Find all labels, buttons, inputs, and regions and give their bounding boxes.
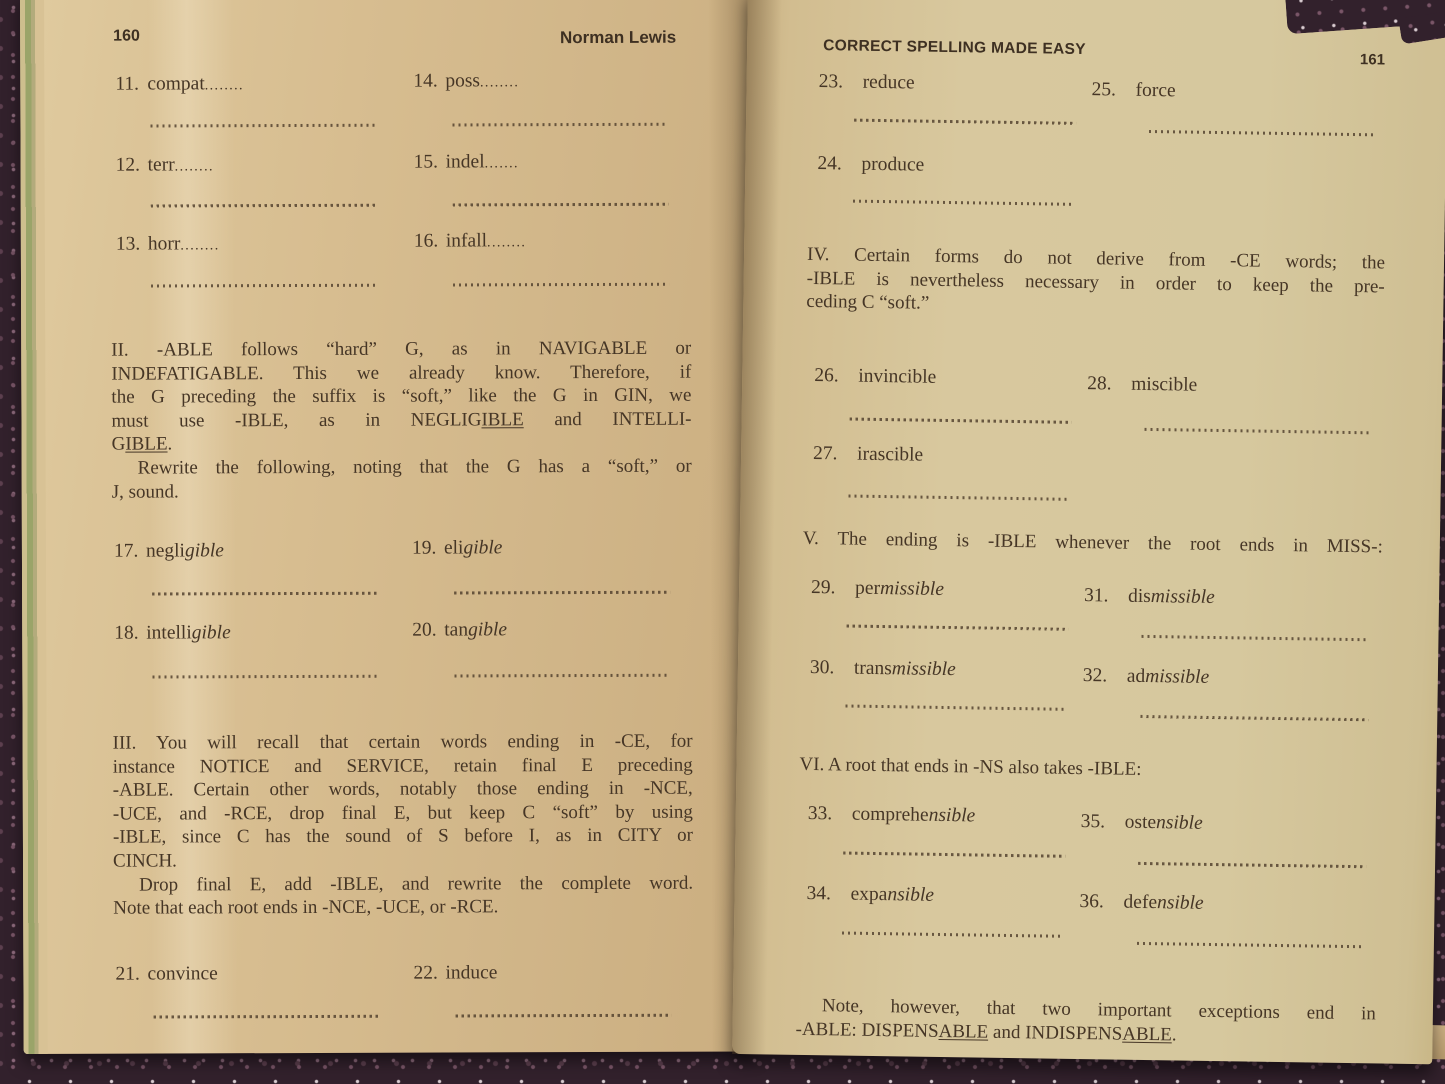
- answer-line: [453, 283, 669, 287]
- item-word: terr........: [148, 154, 214, 175]
- answer-line: [1149, 130, 1377, 136]
- answer-line: [150, 124, 376, 128]
- item-word: indel.......: [446, 151, 519, 172]
- item-number: 13.: [116, 234, 148, 256]
- item-word: intelligible: [146, 622, 231, 643]
- item-number: 27.: [813, 443, 857, 466]
- section-iv-text: IV. Certain forms do not derive from -CE…: [806, 243, 1385, 322]
- exercise-item-27: 27.irascible: [813, 443, 923, 467]
- item-number: 17.: [114, 541, 146, 563]
- exercise-item-19: 19.eligible: [412, 537, 503, 559]
- item-number: 28.: [1087, 373, 1131, 396]
- exercise-item-26: 26.invincible: [814, 365, 936, 389]
- exercise-item-35: 35.ostensible: [1081, 811, 1203, 835]
- answer-line: [1141, 635, 1369, 641]
- item-number: 21.: [115, 964, 147, 986]
- answer-line: [845, 705, 1067, 711]
- item-number: 14.: [413, 71, 445, 93]
- item-number: 23.: [818, 71, 862, 94]
- item-word: defensible: [1123, 892, 1203, 914]
- item-word: eligible: [444, 537, 503, 558]
- answer-line: [151, 284, 377, 288]
- exercise-item-15: 15.indel.......: [414, 151, 519, 173]
- exercise-item-33: 33.comprehensible: [808, 803, 976, 827]
- item-word: admissible: [1127, 666, 1210, 688]
- item-number: 36.: [1079, 891, 1123, 914]
- answer-line: [1140, 715, 1368, 721]
- item-number: 12.: [116, 155, 148, 177]
- answer-line: [152, 675, 378, 679]
- answer-line: [454, 591, 670, 595]
- item-word: miscible: [1131, 374, 1197, 396]
- item-number: 32.: [1083, 665, 1127, 688]
- item-number: 25.: [1091, 79, 1135, 102]
- answer-line: [850, 418, 1072, 424]
- exercise-item-25: 25.force: [1091, 79, 1175, 102]
- item-number: 22.: [413, 963, 445, 985]
- item-number: 35.: [1081, 811, 1125, 834]
- item-number: 11.: [115, 74, 147, 96]
- item-word: permissible: [855, 578, 944, 600]
- item-word: comprehensible: [852, 804, 976, 827]
- running-head-title: CORRECT SPELLING MADE EASY: [823, 37, 1086, 59]
- exercise-item-20: 20.tangible: [412, 619, 507, 641]
- exercise-item-14: 14.poss........: [413, 70, 519, 92]
- note-text: Note, however, that two important except…: [795, 994, 1376, 1050]
- exercise-item-17: 17.negligible: [114, 540, 224, 562]
- item-word: expansible: [850, 884, 934, 906]
- answer-line: [842, 931, 1064, 937]
- item-word: force: [1135, 80, 1175, 102]
- exercise-item-29: 29.permissible: [811, 577, 944, 601]
- page-number-left: 160: [113, 28, 140, 46]
- answer-line: [152, 592, 378, 596]
- running-head-author: Norman Lewis: [560, 28, 676, 48]
- answer-line: [1145, 428, 1373, 434]
- page-number-right: 161: [1360, 51, 1385, 68]
- section-iii-text: III. You will recall that certain words …: [113, 730, 694, 921]
- item-number: 20.: [412, 620, 444, 642]
- item-word: horr........: [148, 233, 220, 254]
- item-number: 31.: [1084, 585, 1128, 608]
- carpet-background: 160 Norman Lewis 11.compat........ 14.po…: [0, 0, 1445, 1084]
- item-number: 33.: [808, 803, 852, 826]
- answer-line: [1137, 942, 1365, 948]
- answer-line: [843, 852, 1065, 858]
- answer-line: [151, 204, 377, 208]
- book-left-page: 160 Norman Lewis 11.compat........ 14.po…: [20, 0, 754, 1054]
- item-number: 30.: [810, 657, 854, 680]
- section-v-heading: V. The ending is -IBLE whenever the root…: [803, 528, 1383, 559]
- item-word: irascible: [857, 444, 923, 466]
- item-number: 26.: [814, 365, 858, 388]
- exercise-item-11: 11.compat........: [115, 73, 244, 95]
- answer-line: [854, 119, 1076, 125]
- exercise-item-30: 30.transmissible: [810, 657, 956, 681]
- item-number: 34.: [806, 883, 850, 906]
- item-word: convince: [147, 963, 217, 984]
- exercise-item-16: 16.infall........: [414, 230, 526, 252]
- item-word: tangible: [444, 619, 507, 640]
- item-word: produce: [861, 154, 924, 176]
- exercise-item-13: 13.horr........: [116, 233, 220, 255]
- answer-line: [853, 200, 1075, 206]
- item-number: 15.: [414, 152, 446, 174]
- item-word: negligible: [146, 540, 224, 561]
- item-word: reduce: [862, 72, 914, 94]
- item-number: 19.: [412, 538, 444, 560]
- answer-line: [454, 674, 670, 678]
- item-word: induce: [445, 962, 497, 983]
- item-word: transmissible: [854, 658, 956, 681]
- exercise-item-24: 24.produce: [817, 153, 924, 177]
- item-word: ostensible: [1125, 812, 1203, 834]
- answer-line: [452, 123, 668, 127]
- section-vi-heading: VI. A root that ends in -NS also takes -…: [799, 754, 1141, 781]
- answer-line: [1138, 862, 1366, 868]
- item-word: invincible: [858, 366, 936, 388]
- exercise-item-23: 23.reduce: [818, 71, 914, 94]
- answer-line: [847, 625, 1069, 631]
- answer-line: [848, 495, 1070, 501]
- exercise-item-21: 21.convince: [115, 963, 217, 985]
- exercise-item-22: 22.induce: [413, 962, 497, 984]
- exercise-item-36: 36.defensible: [1079, 891, 1203, 915]
- exercise-item-32: 32.admissible: [1083, 665, 1210, 689]
- answer-line: [154, 1015, 380, 1019]
- exercise-item-18: 18.intelligible: [114, 622, 231, 644]
- book-right-page: CORRECT SPELLING MADE EASY 161 23.reduce…: [732, 0, 1445, 1064]
- exercise-item-31: 31.dismissible: [1084, 585, 1215, 609]
- item-word: dismissible: [1128, 586, 1215, 608]
- exercise-item-12: 12.terr........: [116, 154, 214, 176]
- item-number: 24.: [817, 153, 861, 176]
- item-word: infall........: [446, 230, 526, 251]
- answer-line: [456, 1014, 672, 1018]
- item-word: compat........: [147, 73, 244, 94]
- exercise-item-34: 34.expansible: [806, 883, 934, 907]
- item-number: 18.: [114, 623, 146, 645]
- section-ii-text: II. -ABLE follows “hard” G, as in NAVIGA…: [111, 337, 692, 504]
- item-number: 16.: [414, 231, 446, 253]
- exercise-item-28: 28.miscible: [1087, 373, 1197, 397]
- item-word: poss........: [445, 70, 519, 91]
- answer-line: [453, 203, 669, 207]
- item-number: 29.: [811, 577, 855, 600]
